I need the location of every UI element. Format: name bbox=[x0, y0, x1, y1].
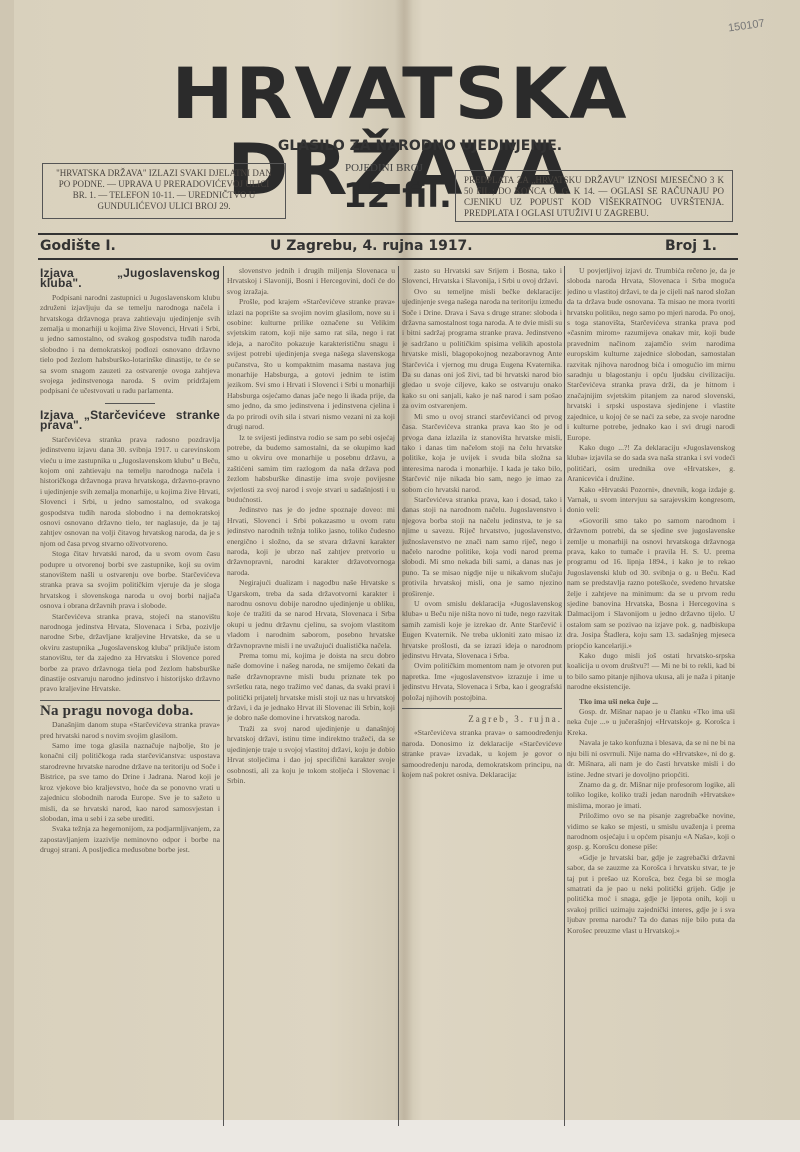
article-paragraph: Ovim političkim momentom nam je otvoren … bbox=[402, 661, 562, 703]
article-paragraph: Gosp. dr. Mišnar napao je u članku «Tko … bbox=[567, 707, 735, 738]
article-heading: Izjava „Jugoslavenskog kluba". bbox=[40, 268, 220, 289]
column-divider bbox=[398, 266, 399, 1126]
column-4: U povjerljivoj izjavi dr. Trumbića rečen… bbox=[567, 266, 735, 1126]
issue-number: Broj 1. bbox=[665, 238, 717, 254]
article-paragraph: Prošle, pod krajem «Starčevićeve stranke… bbox=[227, 297, 395, 432]
article-paragraph: Traži za svoj narod ujedinjenje u današn… bbox=[227, 724, 395, 786]
article-paragraph: Jedinstvo nas je do jedne spoznaje doveo… bbox=[227, 505, 395, 578]
article-paragraph: «Starčevićeva stranka prava» o samoodređ… bbox=[402, 728, 562, 780]
column-1: Izjava „Jugoslavenskog kluba". Podpisani… bbox=[40, 266, 220, 1126]
header-rule-top bbox=[38, 233, 738, 235]
publication-info-box: "HRVATSKA DRŽAVA" IZLAZI SVAKI DJELATNI … bbox=[42, 163, 286, 219]
issue-dateline: Godište I. U Zagrebu, 4. rujna 1917. Bro… bbox=[40, 238, 740, 258]
article-separator bbox=[40, 700, 220, 701]
article-paragraph: Navala je tako konfuzna i blesava, da se… bbox=[567, 738, 735, 780]
article-paragraph: Kako dugo misli još ostati hrvatsko-srps… bbox=[567, 651, 735, 693]
price-label: POJEDINI BROJ bbox=[345, 162, 423, 174]
article-paragraph: «Govorili smo tako po samom narodnom i d… bbox=[567, 516, 735, 651]
article-paragraph: Znamo da g. dr. Mišnar nije profesorom l… bbox=[567, 780, 735, 811]
article-paragraph: Ovo su temeljne misli bečke deklaracije:… bbox=[402, 287, 562, 412]
subscription-info-box: PREDPLATA ZA „HRVATSKU DRŽAVU" IZNOSI MJ… bbox=[455, 170, 733, 222]
newspaper-subtitle: GLASILO ZA NARODNO UJEDINJENJE. bbox=[0, 138, 800, 154]
article-paragraph: Podpisani narodni zastupnici u Jugoslave… bbox=[40, 293, 220, 397]
article-paragraph: U povjerljivoj izjavi dr. Trumbića rečen… bbox=[567, 266, 735, 443]
article-paragraph: Kako «Hrvatski Pozorni», dnevnik, koga i… bbox=[567, 485, 735, 516]
article-dateline: Zagreb, 3. rujna. bbox=[402, 714, 562, 724]
price-value: 12 fil. bbox=[343, 176, 452, 216]
article-heading: Izjava „Starčevićeve stranke prava". bbox=[40, 410, 220, 431]
article-paragraph: Priložimo ovo se na pisanje zagrebačke n… bbox=[567, 811, 735, 853]
article-paragraph: Današnjim danom stupa «Starčevićeva stra… bbox=[40, 720, 220, 741]
article-separator bbox=[105, 403, 155, 404]
header-rule-bottom bbox=[38, 258, 738, 260]
article-paragraph: Stoga čitav hrvatski narod, da u svom ov… bbox=[40, 549, 220, 611]
article-separator bbox=[402, 708, 562, 709]
article-paragraph: Mi smo u ovoj stranci starčevićanci od p… bbox=[402, 412, 562, 495]
article-paragraph: Samo ime toga glasila naznačuje najbolje… bbox=[40, 741, 220, 824]
article-paragraph: «Gdje je hrvatski bar, gdje je zagrebačk… bbox=[567, 853, 735, 936]
article-paragraph: Starčevićeva stranka prava, kao i dosad,… bbox=[402, 495, 562, 599]
volume-label: Godište I. bbox=[40, 238, 116, 254]
column-3: zasto su Hrvatski sav Srijem i Bosna, ta… bbox=[402, 266, 562, 1126]
article-paragraph: U ovom smislu deklaracija «Jugoslavensko… bbox=[402, 599, 562, 661]
column-2: slovenstvo jednih i drugih miljenja Slov… bbox=[227, 266, 395, 1126]
article-paragraph: Starčevićeva stranka prava radosno pozdr… bbox=[40, 435, 220, 549]
article-paragraph: slovenstvo jednih i drugih miljenja Slov… bbox=[227, 266, 395, 297]
article-paragraph: Svaka težnja za hegemonijom, za podjarml… bbox=[40, 824, 220, 855]
article-paragraph: zasto su Hrvatski sav Srijem i Bosna, ta… bbox=[402, 266, 562, 287]
column-divider bbox=[564, 266, 565, 1126]
column-divider bbox=[223, 266, 224, 1126]
article-heading: Tko ima uši neka čuje ... bbox=[567, 697, 735, 707]
article-paragraph: Iz te svijesti jedinstva rodio se sam po… bbox=[227, 433, 395, 506]
place-date: U Zagrebu, 4. rujna 1917. bbox=[270, 238, 473, 254]
article-paragraph: Negirajući dualizam i nagodbu naše Hrvat… bbox=[227, 578, 395, 651]
article-paragraph: Kako dugo ...?! Za deklaraciju «Jugoslav… bbox=[567, 443, 735, 485]
article-heading: Na pragu novoga doba. bbox=[40, 706, 220, 716]
article-paragraph: Starčevićeva stranka prava, stojeći na s… bbox=[40, 612, 220, 695]
article-paragraph: Prema tomu mi, kojima je doista na srcu … bbox=[227, 651, 395, 724]
